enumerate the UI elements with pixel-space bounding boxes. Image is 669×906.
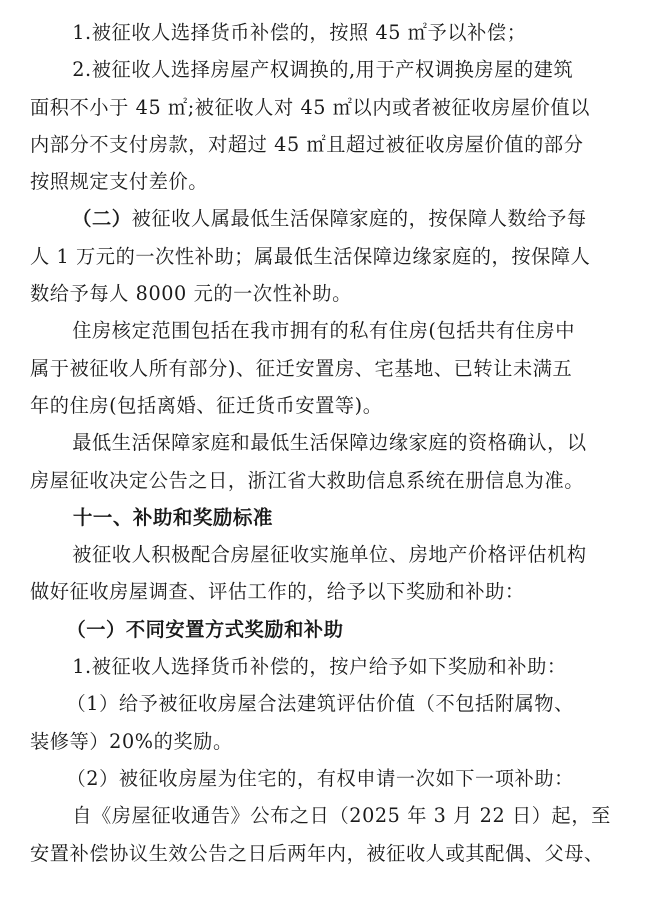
paragraph-reward-20-percent: （1）给予被征收房屋合法建筑评估价值（不包括附属物、 装修等）20%的奖励。 bbox=[30, 685, 642, 760]
subsection-heading: （一）不同安置方式奖励和补助 bbox=[30, 611, 642, 648]
heading-text: 十一、补助和奖励标准 bbox=[30, 499, 642, 536]
heading-text: （一）不同安置方式奖励和补助 bbox=[30, 611, 642, 648]
text-line: 属于被征收人所有部分)、征迁安置房、宅基地、已转让未满五 bbox=[30, 350, 642, 387]
subsection-label: （二） bbox=[72, 207, 131, 230]
text-line: （2）被征收房屋为住宅的，有权申请一次如下一项补助： bbox=[30, 760, 642, 797]
paragraph-qualification: 最低生活保障家庭和最低生活保障边缘家庭的资格确认，以 房屋征收决定公告之日，浙江… bbox=[30, 424, 642, 499]
text-line: 装修等）20%的奖励。 bbox=[30, 723, 642, 760]
paragraph-housing-scope: 住房核定范围包括在我市拥有的私有住房(包括共有住房中 属于被征收人所有部分)、征… bbox=[30, 312, 642, 424]
text-line: 住房核定范围包括在我市拥有的私有住房(包括共有住房中 bbox=[30, 312, 642, 349]
text-line: 做好征收房屋调查、评估工作的，给予以下奖励和补助： bbox=[30, 573, 642, 610]
document-page: 1.被征收人选择货币补偿的，按照 45 ㎡予以补偿； 2.被征收人选择房屋产权调… bbox=[30, 14, 642, 872]
text-line: 被征收人积极配合房屋征收实施单位、房地产价格评估机构 bbox=[30, 536, 642, 573]
text-line: （1）给予被征收房屋合法建筑评估价值（不包括附属物、 bbox=[30, 685, 642, 722]
text-line: 自《房屋征收通告》公布之日（2025 年 3 月 22 日）起，至 bbox=[30, 797, 642, 834]
text-line: （二）被征收人属最低生活保障家庭的，按保障人数给予每 bbox=[30, 200, 642, 237]
paragraph-notice-date: 自《房屋征收通告》公布之日（2025 年 3 月 22 日）起，至 安置补偿协议… bbox=[30, 797, 642, 872]
text-line: 面积不小于 45 ㎡;被征收人对 45 ㎡以内或者被征收房屋价值以 bbox=[30, 89, 642, 126]
paragraph-low-income-subsidy: （二）被征收人属最低生活保障家庭的，按保障人数给予每 人 1 万元的一次性补助；… bbox=[30, 200, 642, 312]
section-heading: 十一、补助和奖励标准 bbox=[30, 499, 642, 536]
text-line: 安置补偿协议生效公告之日后两年内，被征收人或其配偶、父母、 bbox=[30, 835, 642, 872]
paragraph-monetary-compensation-area: 1.被征收人选择货币补偿的，按照 45 ㎡予以补偿； bbox=[30, 14, 642, 51]
paragraph-cooperation: 被征收人积极配合房屋征收实施单位、房地产价格评估机构 做好征收房屋调查、评估工作… bbox=[30, 536, 642, 611]
paragraph-residential-subsidy: （2）被征收房屋为住宅的，有权申请一次如下一项补助： bbox=[30, 760, 642, 797]
text-line: 2.被征收人选择房屋产权调换的,用于产权调换房屋的建筑 bbox=[30, 51, 642, 88]
text-line: 按照规定支付差价。 bbox=[30, 163, 642, 200]
text-line: 房屋征收决定公告之日，浙江省大救助信息系统在册信息为准。 bbox=[30, 462, 642, 499]
text-line: 人 1 万元的一次性补助；属最低生活保障边缘家庭的，按保障人 bbox=[30, 238, 642, 275]
text-line: 年的住房(包括离婚、征迁货币安置等)。 bbox=[30, 387, 642, 424]
text-line: 内部分不支付房款，对超过 45 ㎡且超过被征收房屋价值的部分 bbox=[30, 126, 642, 163]
text-line: 数给予每人 8000 元的一次性补助。 bbox=[30, 275, 642, 312]
text-line: 最低生活保障家庭和最低生活保障边缘家庭的资格确认，以 bbox=[30, 424, 642, 461]
paragraph-monetary-reward: 1.被征收人选择货币补偿的，按户给予如下奖励和补助： bbox=[30, 648, 642, 685]
text-line: 1.被征收人选择货币补偿的，按户给予如下奖励和补助： bbox=[30, 648, 642, 685]
paragraph-property-exchange: 2.被征收人选择房屋产权调换的,用于产权调换房屋的建筑 面积不小于 45 ㎡;被… bbox=[30, 51, 642, 200]
text-line: 1.被征收人选择货币补偿的，按照 45 ㎡予以补偿； bbox=[30, 14, 642, 51]
text-span: 被征收人属最低生活保障家庭的，按保障人数给予每 bbox=[132, 207, 587, 230]
